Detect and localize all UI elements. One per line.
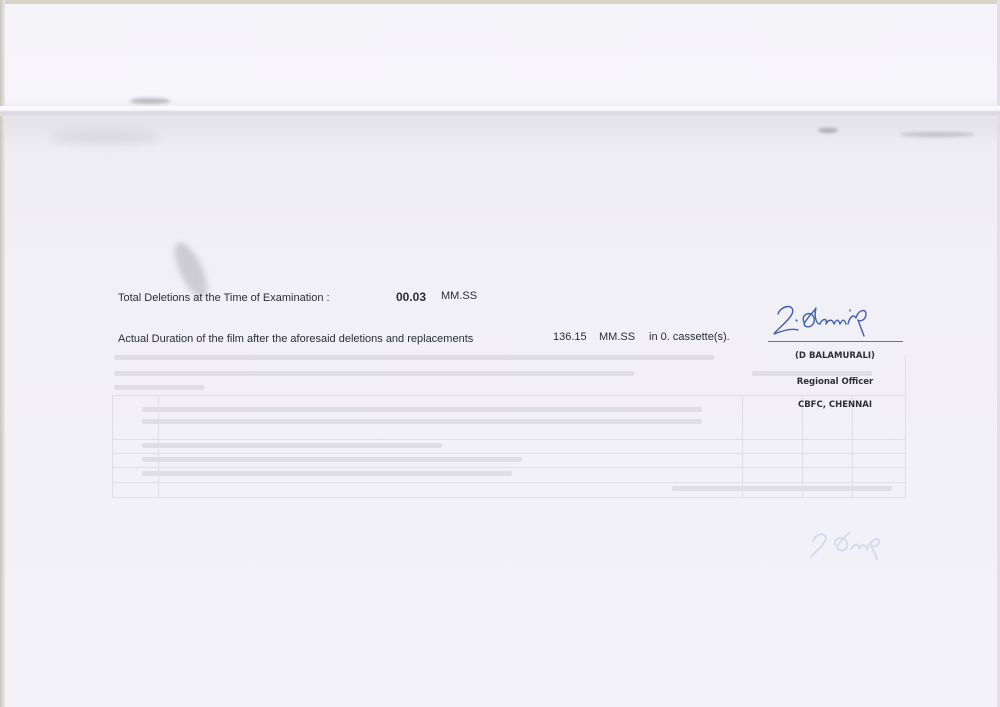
signatory-name: (D BALAMURALI): [760, 351, 910, 361]
signatory-designation: Regional Officer: [760, 377, 910, 387]
reverse-side-signature-bleed: [805, 527, 895, 563]
total-deletions-label: Total Deletions at the Time of Examinati…: [118, 292, 330, 304]
ink-smudge: [50, 130, 160, 144]
signature-line: [768, 341, 903, 342]
ink-smudge: [130, 98, 170, 104]
cassette-count: in 0. cassette(s).: [649, 331, 730, 343]
ink-smudge: [900, 132, 975, 137]
actual-duration-label: Actual Duration of the film after the af…: [118, 333, 473, 345]
total-deletions-value: 00.03: [396, 290, 426, 304]
signatory-office: CBFC, CHENNAI: [760, 400, 910, 410]
page-top-edge: [0, 0, 1000, 4]
signature: [770, 300, 880, 342]
actual-duration-unit: MM.SS: [599, 331, 635, 343]
scanned-page: Total Deletions at the Time of Examinati…: [0, 0, 1000, 707]
ink-smudge: [818, 128, 838, 133]
actual-duration-value: 136.15: [553, 331, 587, 343]
paper-fold: [0, 106, 1000, 116]
total-deletions-unit: MM.SS: [441, 290, 477, 302]
